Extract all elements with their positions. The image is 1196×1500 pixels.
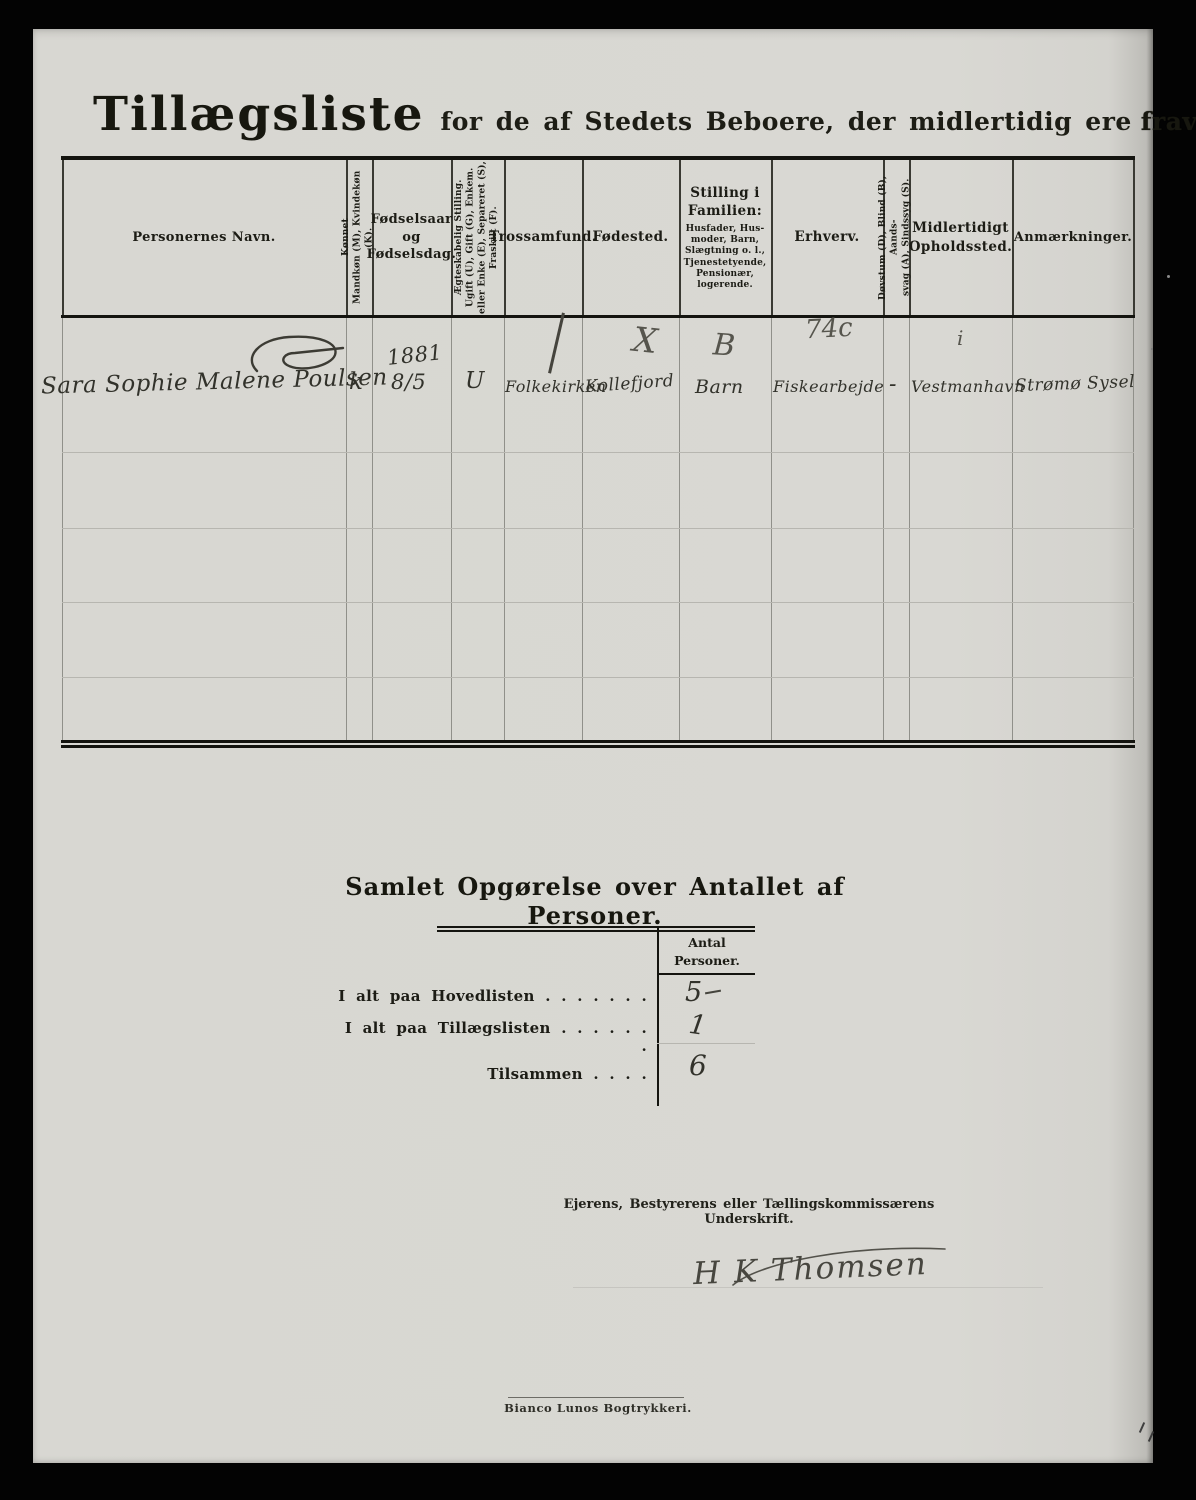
column-header-label: Trossamfund. (489, 228, 597, 246)
form-title: Tillægsliste for de af Stedets Beboere, … (93, 87, 1196, 142)
entry-birth-year: 1881 (386, 340, 444, 370)
table-bottom-rule-2 (61, 745, 1135, 748)
column-header-name: Personernes Navn. (62, 160, 346, 315)
printer-imprint: Bianco Lunos Bogtrykkeri. (463, 1401, 733, 1415)
column-header-stack: Stilling i Familien: Husfader, Hus- mode… (679, 160, 771, 315)
table-row-line (62, 602, 1134, 603)
annotation-residence-mark: i (957, 326, 963, 350)
entry-name: Sara Sophie Malene Poulsen (41, 364, 388, 399)
summary-row-value: 1 (687, 1009, 709, 1042)
entry-temporary-residence: Vestmanhavn (911, 377, 1025, 396)
column-header-label: Personernes Navn. (132, 229, 275, 247)
entry-disability: - (889, 372, 897, 397)
column-header-label: Fødselsaar og Fødselsdag. (367, 211, 457, 264)
form-subtitle: for de af Stedets Beboere, der midlertid… (440, 107, 1131, 136)
scan-speck (1151, 348, 1153, 350)
table-row-line (62, 677, 1134, 678)
entry-sex: k (349, 369, 363, 395)
column-header-label: Fødested. (592, 228, 668, 246)
column-header-occupation: Erhverv. (771, 160, 883, 315)
summary-top-rule-1 (437, 926, 755, 928)
summary-header-underline (657, 973, 755, 975)
table-bottom-rule-1 (61, 740, 1135, 743)
summary-row-value: 6 (689, 1049, 707, 1082)
column-header-disability: Døvstum (D), Blind (B), Aands- svag (A),… (883, 160, 909, 315)
entry-marital-status: U (465, 368, 485, 394)
summary-row-label: Tilsammen . . . . (333, 1065, 647, 1083)
summary-row-label: I alt paa Hovedlisten . . . . . . . (333, 987, 647, 1005)
table-header-bottom-rule (61, 315, 1135, 318)
column-header-label: Midlertidigt Opholdssted. (909, 219, 1013, 255)
signature-baseline (573, 1287, 1043, 1288)
column-header-remarks: Anmærkninger. (1012, 160, 1134, 315)
column-header-birthplace: Fødested. (582, 160, 679, 315)
summary-top-rule-2 (437, 930, 755, 932)
tally-stroke-mark (548, 313, 564, 374)
annotation-birthplace-mark: X (631, 320, 659, 362)
summary-row-label: I alt paa Tillægslisten . . . . . . . (333, 1019, 647, 1055)
annotation-occupation-code: 74c (804, 313, 853, 345)
imprint-rule (508, 1397, 684, 1398)
value-dash-stroke (705, 990, 721, 995)
census-form-paper: Tillægsliste for de af Stedets Beboere, … (33, 29, 1153, 1463)
scanned-census-document: { "document": { "title": "Tillægsliste",… (0, 0, 1196, 1500)
summary-row-value: 5 (685, 977, 703, 1008)
entry-occupation: Fiskearbejde (773, 377, 884, 396)
entry-birth-day: 8/5 (391, 370, 426, 394)
summary-column-header: Antal Personer. (659, 934, 755, 969)
column-header-label: Erhverv. (794, 228, 859, 246)
form-subtitle-emphasis: fraværende. (1141, 107, 1196, 136)
entry-birthplace: Kollefjord (584, 371, 674, 397)
scan-speck (1167, 275, 1170, 278)
column-header-label: Anmærkninger. (1014, 229, 1132, 247)
entry-remarks: Strømø Sysel (1015, 372, 1136, 396)
form-title-main: Tillægsliste (93, 87, 424, 142)
table-row-line (62, 528, 1134, 529)
table-row-line (62, 452, 1134, 453)
column-header-family-position: Stilling i Familien: Husfader, Hus- mode… (679, 160, 771, 315)
column-header-religion: Trossamfund. (504, 160, 582, 315)
summary-heading: Samlet Opgørelse over Antallet af Person… (305, 872, 885, 930)
column-header-label: Stilling i Familien: (688, 184, 762, 220)
column-header-temporary-residence: Midlertidigt Opholdssted. (909, 160, 1012, 315)
column-header-sublabel: Husfader, Hus- moder, Barn, Slægtning o.… (684, 224, 767, 292)
summary-thin-line (657, 1043, 755, 1044)
entry-family-position: Barn (695, 376, 744, 398)
annotation-family-mark: B (712, 327, 736, 363)
column-header-birthdate: Fødselsaar og Fødselsdag. (372, 160, 451, 315)
